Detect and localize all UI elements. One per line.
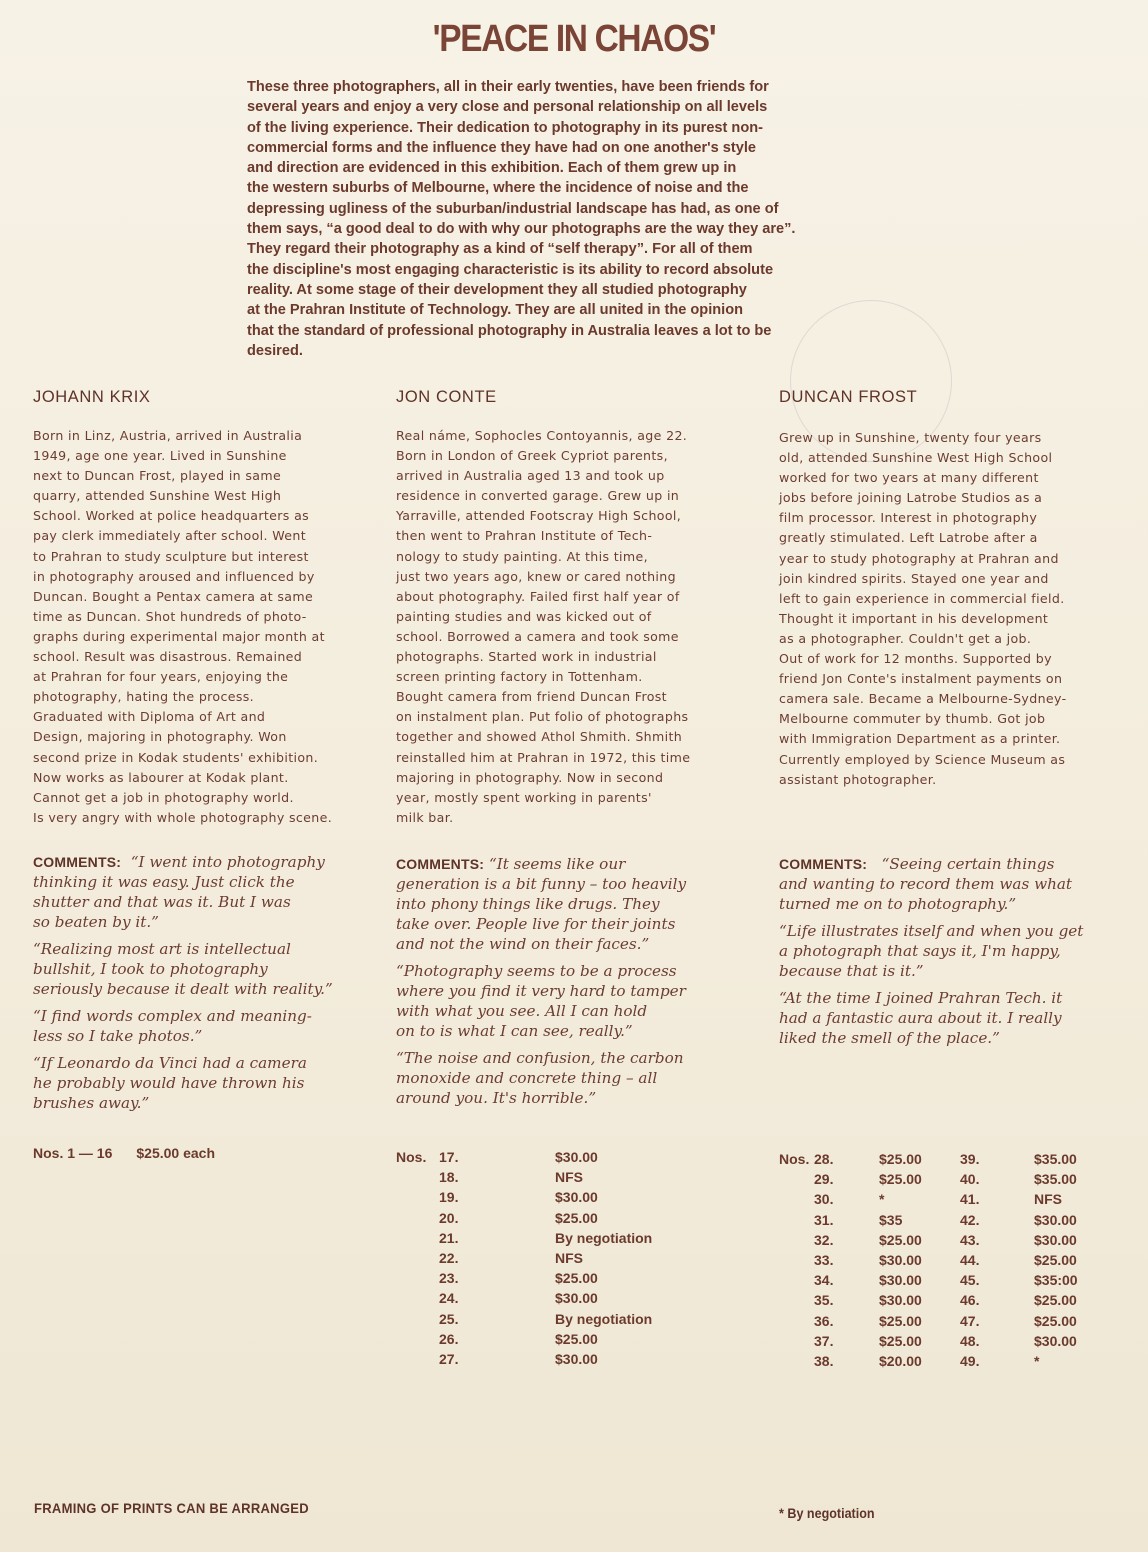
comment-quote: “If Leonardo da Vinci had a camera he pr…: [33, 1053, 333, 1113]
print-price: $25.00: [555, 1270, 652, 1290]
price-list-label: [396, 1189, 439, 1209]
price-list-label: [396, 1270, 439, 1290]
print-number: 23.: [439, 1270, 555, 1290]
price-list-label: [396, 1351, 439, 1371]
price-list-conte: Nos.17.$30.0018.NFS19.$30.0020.$25.0021.…: [396, 1149, 652, 1371]
print-price: $30.00: [879, 1272, 960, 1292]
print-price: $25.00: [879, 1232, 960, 1252]
print-price: $25.00: [1034, 1292, 1078, 1312]
photographer-comments: COMMENTS: “Seeing certain things and wan…: [779, 854, 1083, 1055]
photographer-comments: COMMENTS: “It seems like our generation …: [396, 854, 686, 1115]
print-price: *: [879, 1191, 960, 1211]
print-price: NFS: [555, 1250, 652, 1270]
print-number: 42.: [960, 1212, 1034, 1232]
price-row: 32.$25.0043.$30.00: [779, 1232, 1078, 1252]
asterisk-note: * By negotiation: [779, 1506, 875, 1521]
price-row: 18.NFS: [396, 1169, 652, 1189]
print-price: $25.00: [1034, 1252, 1078, 1272]
price-row: 37.$25.0048.$30.00: [779, 1333, 1078, 1353]
price-row: 24.$30.00: [396, 1290, 652, 1310]
print-number: 19.: [439, 1189, 555, 1209]
price-value: $25.00 each: [136, 1145, 215, 1161]
print-number: 45.: [960, 1272, 1034, 1292]
photographer-duncan-frost: DUNCAN FROST Grew up in Sunshine, twenty…: [779, 388, 1119, 424]
print-price: *: [1034, 1353, 1078, 1373]
print-number: 27.: [439, 1351, 555, 1371]
price-list-label: [779, 1191, 814, 1211]
photographer-name: JON CONTE: [396, 388, 736, 424]
print-price: $30.00: [555, 1189, 652, 1209]
price-list-krix: Nos. 1 — 16$25.00 each: [33, 1145, 215, 1161]
comment-quote: “Photography seems to be a process where…: [396, 961, 686, 1041]
price-list-label: [779, 1292, 814, 1312]
print-number: 24.: [439, 1290, 555, 1310]
price-row: 30.*41.NFS: [779, 1191, 1078, 1211]
price-list-label: [779, 1353, 814, 1373]
price-list-label: [396, 1311, 439, 1331]
print-price: $35: [879, 1212, 960, 1232]
print-price: $25.00: [879, 1333, 960, 1353]
print-price: $30.00: [879, 1292, 960, 1312]
print-number: 38.: [814, 1353, 879, 1373]
price-list-label: [396, 1331, 439, 1351]
print-price: $30.00: [555, 1290, 652, 1310]
print-price: $25.00: [555, 1331, 652, 1351]
photographer-bio: Grew up in Sunshine, twenty four years o…: [779, 428, 1066, 790]
print-number: 20.: [439, 1210, 555, 1230]
price-row: Nos.17.$30.00: [396, 1149, 652, 1169]
print-price: $30.00: [1034, 1212, 1078, 1232]
price-row: 23.$25.00: [396, 1270, 652, 1290]
print-price: $25.00: [555, 1210, 652, 1230]
print-price: NFS: [1034, 1191, 1078, 1211]
price-row: 34.$30.0045.$35:00: [779, 1272, 1078, 1292]
print-number: 48.: [960, 1333, 1034, 1353]
comment-quote: “The noise and confusion, the carbon mon…: [396, 1048, 686, 1108]
comment-quote: “Life illustrates itself and when you ge…: [779, 921, 1083, 981]
price-row: 20.$25.00: [396, 1210, 652, 1230]
print-number: 49.: [960, 1353, 1034, 1373]
print-number: 46.: [960, 1292, 1034, 1312]
print-price: $25.00: [879, 1151, 960, 1171]
photographer-jon-conte: JON CONTE Real náme, Sophocles Contoyann…: [396, 388, 736, 424]
print-price: $30.00: [555, 1351, 652, 1371]
price-list-label: [396, 1230, 439, 1250]
print-price: NFS: [555, 1169, 652, 1189]
price-row: 22.NFS: [396, 1250, 652, 1270]
print-price: $25.00: [879, 1313, 960, 1333]
print-number: 26.: [439, 1331, 555, 1351]
price-list-label: [779, 1333, 814, 1353]
price-list-label: [396, 1290, 439, 1310]
print-price: $30.00: [1034, 1333, 1078, 1353]
price-row: 25.By negotiation: [396, 1311, 652, 1331]
print-number: 40.: [960, 1171, 1034, 1191]
print-number: 39.: [960, 1151, 1034, 1171]
price-row: 19.$30.00: [396, 1189, 652, 1209]
print-number: 41.: [960, 1191, 1034, 1211]
print-price: $25.00: [1034, 1313, 1078, 1333]
print-number: 44.: [960, 1252, 1034, 1272]
print-price: $20.00: [879, 1353, 960, 1373]
print-number: 35.: [814, 1292, 879, 1312]
price-list-label: [396, 1169, 439, 1189]
price-row: 27.$30.00: [396, 1351, 652, 1371]
price-row: 31.$3542.$30.00: [779, 1212, 1078, 1232]
print-number: 34.: [814, 1272, 879, 1292]
print-number: 43.: [960, 1232, 1034, 1252]
photographer-name: DUNCAN FROST: [779, 388, 1119, 424]
price-list-label: [779, 1171, 814, 1191]
print-price: By negotiation: [555, 1230, 652, 1250]
print-number: 33.: [814, 1252, 879, 1272]
print-number: 32.: [814, 1232, 879, 1252]
print-number: 28.: [814, 1151, 879, 1171]
print-price: $35:00: [1034, 1272, 1078, 1292]
print-number: 22.: [439, 1250, 555, 1270]
print-number: 37.: [814, 1333, 879, 1353]
price-list-label: [779, 1313, 814, 1333]
intro-paragraph: These three photographers, all in their …: [247, 77, 900, 361]
price-row: Nos.28.$25.0039.$35.00: [779, 1151, 1078, 1171]
photographer-bio: Born in Linz, Austria, arrived in Austra…: [33, 426, 332, 828]
price-list-frost: Nos.28.$25.0039.$35.0029.$25.0040.$35.00…: [779, 1151, 1078, 1373]
photographer-name: JOHANN KRIX: [33, 388, 363, 424]
price-row: 38.$20.0049.*: [779, 1353, 1078, 1373]
comments-label: COMMENTS:: [396, 856, 484, 872]
print-price: $35.00: [1034, 1171, 1078, 1191]
price-range-label: Nos. 1 — 16: [33, 1145, 112, 1161]
price-list-label: [396, 1210, 439, 1230]
price-list-label: Nos.: [396, 1149, 439, 1169]
price-row: 35.$30.0046.$25.00: [779, 1292, 1078, 1312]
price-list-label: [779, 1252, 814, 1272]
print-number: 21.: [439, 1230, 555, 1250]
print-number: 31.: [814, 1212, 879, 1232]
comments-label: COMMENTS:: [779, 856, 867, 872]
catalogue-page: 'PEACE IN CHAOS' These three photographe…: [0, 0, 1148, 1552]
page-title: 'PEACE IN CHAOS': [69, 18, 1079, 61]
print-price: By negotiation: [555, 1311, 652, 1331]
print-number: 36.: [814, 1313, 879, 1333]
price-list-label: [779, 1272, 814, 1292]
photographer-bio: Real náme, Sophocles Contoyannis, age 22…: [396, 426, 690, 828]
price-list-label: [779, 1232, 814, 1252]
print-price: $25.00: [879, 1171, 960, 1191]
comment-quote: “Realizing most art is intellectual bull…: [33, 939, 333, 999]
print-price: $30.00: [879, 1252, 960, 1272]
comment-quote: “I find words complex and meaning- less …: [33, 1006, 333, 1046]
price-list-label: [779, 1212, 814, 1232]
price-row: 26.$25.00: [396, 1331, 652, 1351]
price-list-label: [396, 1250, 439, 1270]
photographer-johann-krix: JOHANN KRIX Born in Linz, Austria, arriv…: [33, 388, 363, 424]
print-number: 18.: [439, 1169, 555, 1189]
photographer-comments: COMMENTS: “I went into photography think…: [33, 852, 333, 1120]
print-number: 30.: [814, 1191, 879, 1211]
print-number: 47.: [960, 1313, 1034, 1333]
print-number: 29.: [814, 1171, 879, 1191]
print-price: $35.00: [1034, 1151, 1078, 1171]
framing-note: FRAMING OF PRINTS CAN BE ARRANGED: [34, 1500, 309, 1516]
price-row: 33.$30.0044.$25.00: [779, 1252, 1078, 1272]
comment-quote: “At the time I joined Prahran Tech. it h…: [779, 988, 1083, 1048]
print-number: 25.: [439, 1311, 555, 1331]
price-row: 36.$25.0047.$25.00: [779, 1313, 1078, 1333]
price-row: 21.By negotiation: [396, 1230, 652, 1250]
price-row: 29.$25.0040.$35.00: [779, 1171, 1078, 1191]
price-list-label: Nos.: [779, 1151, 814, 1171]
print-price: $30.00: [555, 1149, 652, 1169]
print-price: $30.00: [1034, 1232, 1078, 1252]
comments-label: COMMENTS:: [33, 854, 121, 870]
print-number: 17.: [439, 1149, 555, 1169]
